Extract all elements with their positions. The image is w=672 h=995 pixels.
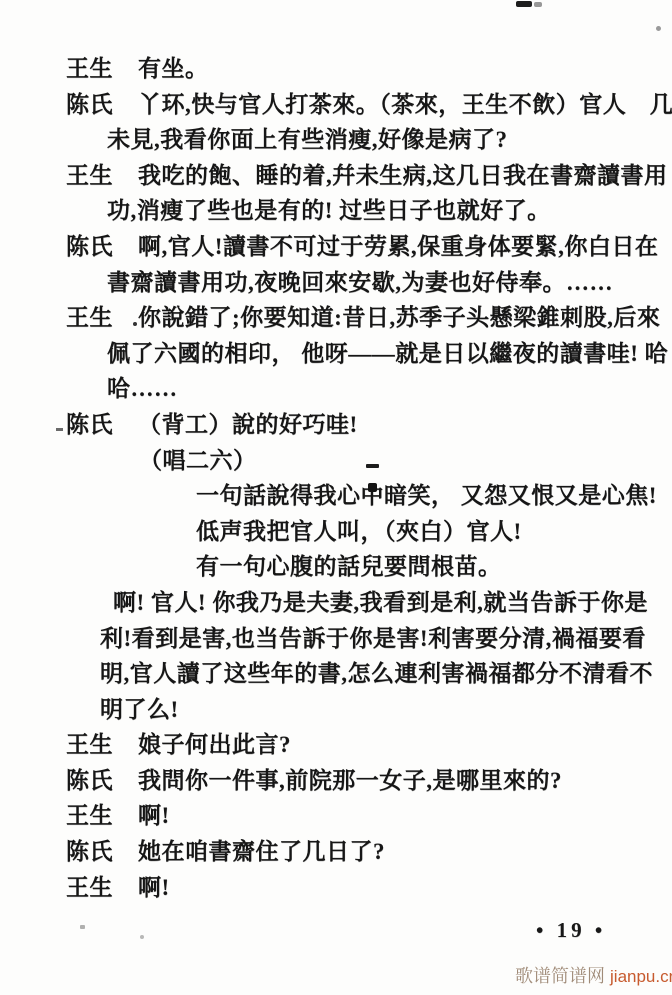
line-text: 啊!	[138, 870, 170, 906]
line-text: 利!看到是害,也当告訴于你是害!利害要分清,禍福要看	[100, 621, 646, 657]
script-line: 王生你說錯了;你要知道:昔日,苏季子头懸梁錐刺股,后來	[0, 300, 672, 336]
script-line: 功,消瘦了些也是有的! 过些日子也就好了。	[0, 193, 672, 229]
script-line: 啊! 官人! 你我乃是夫妻,我看到是利,就当告訴于你是	[0, 585, 672, 621]
script-line: 王生我吃的飽、睡的着,幷未生病,这几日我在書齋讀書用	[0, 158, 672, 194]
scan-artifact	[140, 935, 144, 939]
scan-artifact	[56, 428, 63, 431]
line-text: （背工）說的好巧哇!	[138, 407, 358, 443]
script-line: 一句話說得我心中暗笑， 又怨又恨又是心焦!	[0, 478, 672, 514]
line-text: 娘子何出此言?	[138, 727, 291, 763]
speaker-label: 王生	[66, 51, 113, 87]
line-text: 未見,我看你面上有些消瘦,好像是病了?	[107, 122, 508, 158]
speaker-label: 陈氏	[66, 763, 113, 799]
script-line: 王生有坐。	[0, 51, 672, 87]
script-line: 哈……	[0, 371, 672, 407]
script-line: （唱二六）	[0, 443, 672, 479]
line-text: 明了么!	[100, 692, 179, 728]
script-line: 王生啊!	[0, 798, 672, 834]
scan-artifact	[534, 2, 542, 7]
scan-artifact	[656, 26, 661, 31]
line-text: 啊,官人!讀書不可过于劳累,保重身体要緊,你白日在	[138, 229, 658, 265]
speaker-label: 陈氏	[66, 87, 113, 123]
speaker-label: 王生	[66, 158, 113, 194]
scanned-script-page: 王生有坐。陈氏丫环,快与官人打茶來。（茶來，王生不飲）官人 几日未見,我看你面上…	[0, 0, 672, 995]
scan-artifact	[368, 483, 377, 492]
script-line: 未見,我看你面上有些消瘦,好像是病了?	[0, 122, 672, 158]
script-line: 書齋讀書用功,夜晚回來安歇,为妻也好侍奉。……	[0, 265, 672, 301]
line-text: 丫环,快与官人打茶來。（茶來，王生不飲）官人 几日	[138, 87, 672, 123]
speaker-label: 王生	[66, 727, 113, 763]
speaker-label: 陈氏	[66, 834, 113, 870]
script-line: 陈氏丫环,快与官人打茶來。（茶來，王生不飲）官人 几日	[0, 87, 672, 123]
scan-artifact	[133, 322, 137, 326]
script-line: 明了么!	[0, 692, 672, 728]
script-line: 陈氏我問你一件事,前院那一女子,是哪里來的?	[0, 763, 672, 799]
script-line: 陈氏啊,官人!讀書不可过于劳累,保重身体要緊,你白日在	[0, 229, 672, 265]
script-line: 有一句心腹的話兒要問根苗。	[0, 549, 672, 585]
speaker-label: 王生	[66, 870, 113, 906]
watermark-site-name: 歌谱简谱网	[515, 966, 605, 986]
line-text: 有一句心腹的話兒要問根苗。	[196, 549, 502, 585]
scan-artifact	[80, 925, 85, 929]
line-text: 低声我把官人叫，（夾白）官人!	[196, 514, 522, 550]
speaker-label: 陈氏	[66, 407, 113, 443]
watermark-domain: jianpu.cn	[610, 967, 672, 986]
line-text: 我吃的飽、睡的着,幷未生病,这几日我在書齋讀書用	[138, 158, 668, 194]
scan-artifact	[366, 464, 379, 468]
line-text: 一句話說得我心中暗笑， 又怨又恨又是心焦!	[196, 478, 657, 514]
script-body: 王生有坐。陈氏丫环,快与官人打茶來。（茶來，王生不飲）官人 几日未見,我看你面上…	[0, 51, 672, 905]
page-number: • 19 •	[536, 918, 606, 943]
line-text: 啊!	[138, 798, 170, 834]
watermark: 歌谱简谱网 jianpu.cn	[515, 962, 672, 988]
line-text: 有坐。	[138, 51, 209, 87]
line-text: 書齋讀書用功,夜晚回來安歇,为妻也好侍奉。……	[107, 265, 613, 301]
script-line: 低声我把官人叫，（夾白）官人!	[0, 514, 672, 550]
line-text: 啊! 官人! 你我乃是夫妻,我看到是利,就当告訴于你是	[113, 585, 648, 621]
script-line: 明,官人讀了这些年的書,怎么連利害禍福都分不清看不	[0, 656, 672, 692]
line-text: 你說錯了;你要知道:昔日,苏季子头懸梁錐刺股,后來	[138, 300, 660, 336]
script-line: 利!看到是害,也当告訴于你是害!利害要分清,禍福要看	[0, 621, 672, 657]
scan-artifact	[516, 1, 532, 7]
line-text: 功,消瘦了些也是有的! 过些日子也就好了。	[107, 193, 551, 229]
line-text: 佩了六國的相印， 他呀——就是日以繼夜的讀書哇! 哈	[107, 336, 668, 372]
line-text: 明,官人讀了这些年的書,怎么連利害禍福都分不清看不	[100, 656, 653, 692]
speaker-label: 王生	[66, 798, 113, 834]
script-line: 陈氏她在咱書齋住了几日了?	[0, 834, 672, 870]
speaker-label: 陈氏	[66, 229, 113, 265]
line-text: 她在咱書齋住了几日了?	[138, 834, 385, 870]
script-line: 王生娘子何出此言?	[0, 727, 672, 763]
line-text: （唱二六）	[139, 443, 257, 479]
line-text: 哈……	[107, 371, 178, 407]
script-line: 王生啊!	[0, 870, 672, 906]
script-line: 陈氏（背工）說的好巧哇!	[0, 407, 672, 443]
speaker-label: 王生	[66, 300, 113, 336]
line-text: 我問你一件事,前院那一女子,是哪里來的?	[138, 763, 562, 799]
script-line: 佩了六國的相印， 他呀——就是日以繼夜的讀書哇! 哈	[0, 336, 672, 372]
